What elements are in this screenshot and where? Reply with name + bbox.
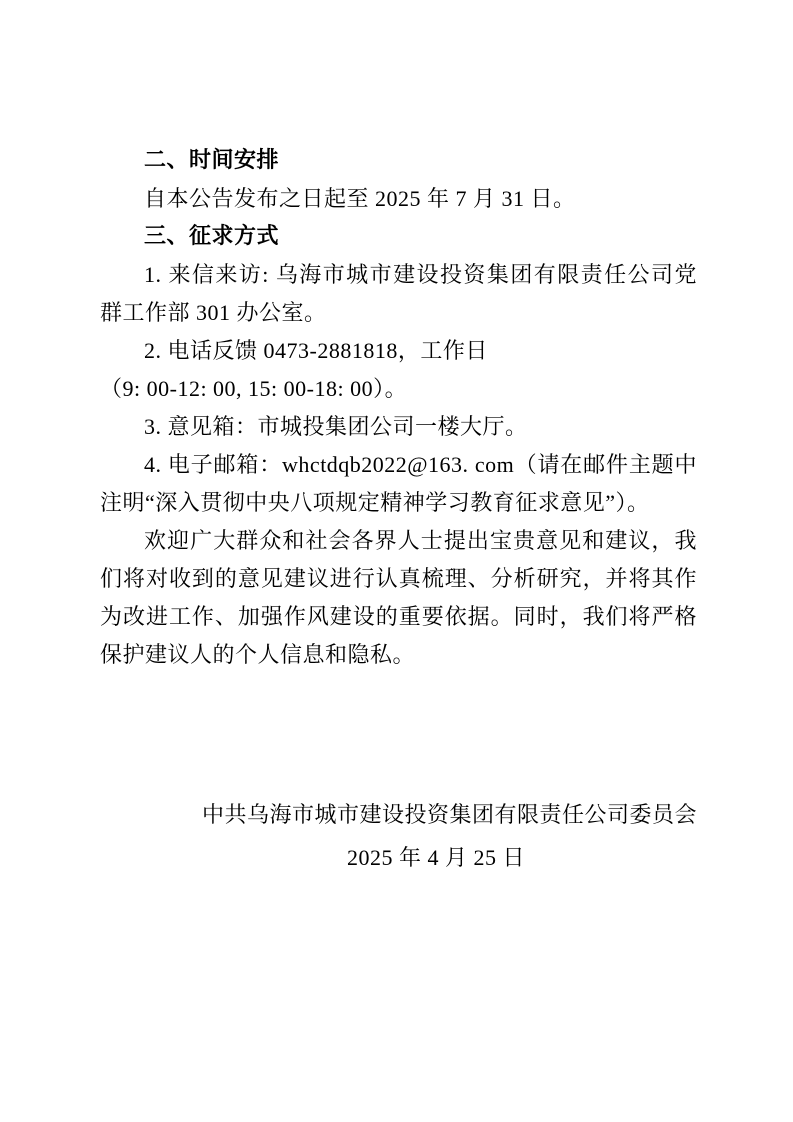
paragraph-method-phone-line1: 2. 电话反馈 0473-2881818，工作日 [100, 332, 697, 370]
document-page: 二、时间安排 自本公告发布之日起至 2025 年 7 月 31 日。 三、征求方… [0, 0, 793, 1122]
section-heading-time-arrangement: 二、时间安排 [100, 142, 697, 180]
paragraph-method-phone-hours: （9: 00-12: 00, 15: 00-18: 00）。 [100, 370, 697, 408]
signature-committee-name: 中共乌海市城市建设投资集团有限责任公司委员会 [100, 796, 697, 834]
paragraph-method-email: 4. 电子邮箱：whctdqb2022@163. com（请在邮件主题中注明“深… [100, 446, 697, 522]
document-content: 二、时间安排 自本公告发布之日起至 2025 年 7 月 31 日。 三、征求方… [0, 0, 793, 877]
section-heading-solicitation-method: 三、征求方式 [100, 218, 697, 256]
paragraph-method-suggestion-box: 3. 意见箱：市城投集团公司一楼大厅。 [100, 408, 697, 446]
paragraph-closing-statement: 欢迎广大群众和社会各界人士提出宝贵意见和建议，我们将对收到的意见建议进行认真梳理… [100, 522, 697, 674]
paragraph-announcement-period: 自本公告发布之日起至 2025 年 7 月 31 日。 [100, 180, 697, 218]
signature-date: 2025 年 4 月 25 日 [100, 839, 697, 877]
signature-block: 中共乌海市城市建设投资集团有限责任公司委员会 2025 年 4 月 25 日 [100, 796, 697, 877]
paragraph-method-letter-visit: 1. 来信来访: 乌海市城市建设投资集团有限责任公司党群工作部 301 办公室。 [100, 256, 697, 332]
